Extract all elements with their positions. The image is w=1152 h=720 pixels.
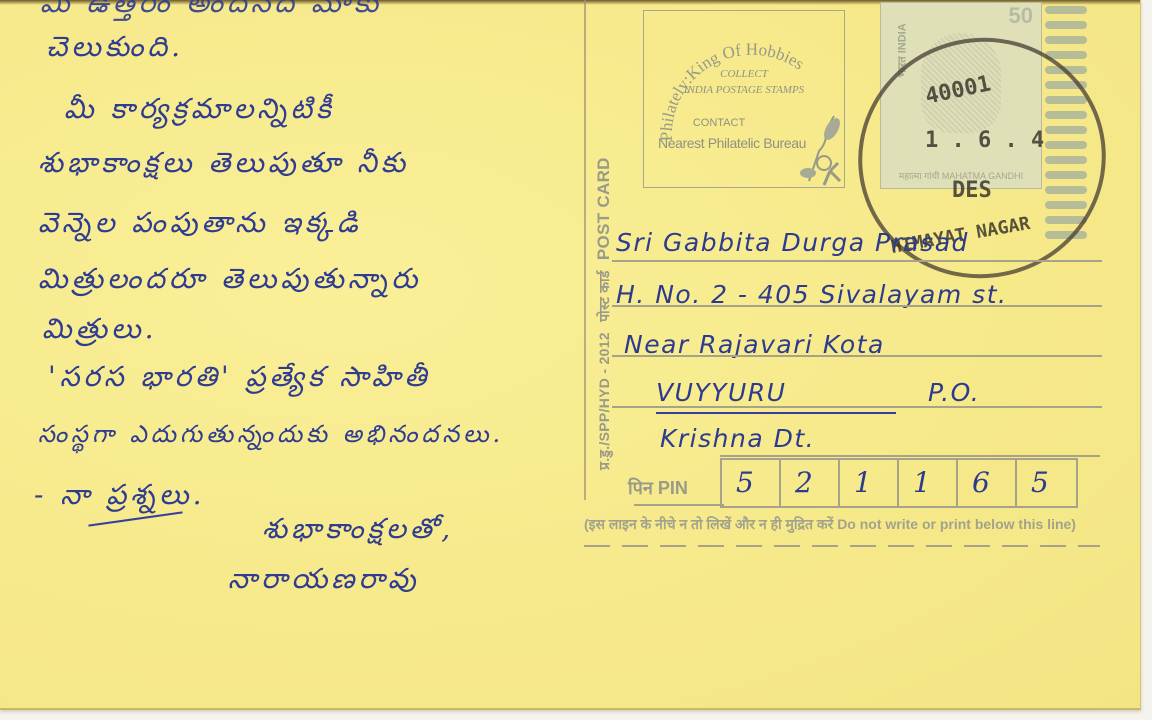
message-closing: శుభాకాంక్షలతో, [262,512,454,552]
do-not-write-note: (इस लाइन के नीचे न तो लिखें और न ही मुद्… [584,515,1076,534]
pin-rule [634,504,724,506]
message-line: మిత్రులందరూ తెలుపుతున్నారు [38,262,422,302]
message-line: మీ కార్యక్రమాలన్నిటికీ [64,92,335,132]
address-po: P.O. [928,378,980,407]
town-underline [656,412,896,414]
postcard-side-print: प्र.डु./SPP/HYD - 2012 पोस्ट कार्ड POST … [594,157,614,470]
collect-line: INDIA POSTAGE STAMPS [644,82,844,98]
pin-boxes: 5 2 1 1 6 5 [720,458,1078,508]
pin-label: पिन PIN [628,476,688,500]
message-line: శుభాకాంక్షలు తెలుపుతూ నీకు [38,146,409,186]
address-line-5: Krishna Dt. [660,424,815,453]
pin-digit: 5 [722,460,781,506]
vertical-divider [584,0,586,500]
message-line: మీ ఉత్తరం అందినది మాకు [40,0,382,26]
address-rule [612,305,1102,307]
address-rule [612,260,1102,262]
stamp-value: 50 [1009,3,1033,29]
postcard: మీ ఉత్తరం అందినది మాకు చెలుకుంది. మీ కార… [0,0,1141,710]
pin-digit: 6 [958,460,1017,506]
address-town: VUYYURU [656,378,786,407]
message-signature: నారాయణరావు [228,562,420,602]
print-code: प्र.डु./SPP/HYD - 2012 [596,332,612,470]
message-line: మిత్రులు. [42,312,158,352]
dashed-line [584,545,1100,547]
flower-icon [794,111,844,187]
pin-digit: 1 [840,460,899,506]
postmark-dept: DES [952,178,992,203]
message-line: చెలుకుంది. [46,30,184,70]
address-rule [720,455,1100,457]
postmark-date: 1 . 6 . 4 [925,128,1044,153]
address-rule [612,355,1102,357]
address-line-1: Sri Gabbita Durga Prasad [616,228,969,257]
pin-digit: 5 [1017,460,1076,506]
philately-collect: COLLECT INDIA POSTAGE STAMPS [644,66,844,98]
message-line: వెన్నెల పంపుతాను ఇక్కడి [38,206,362,246]
message-line: 'సరస భారతి' ప్రత్యేక సాహితీ [48,360,430,400]
philately-contact: CONTACT [644,117,794,129]
collect-line: COLLECT [644,66,844,82]
pin-digit: 2 [781,460,840,506]
philately-promo-box: Philately:King Of Hobbies COLLECT INDIA … [643,10,845,188]
postcard-label-hindi: पोस्ट कार्ड [596,270,612,322]
philately-bureau: Nearest Philatelic Bureau [658,135,806,151]
pin-digit: 1 [899,460,958,506]
address-rule [612,406,1102,408]
postcard-label: POST CARD [594,157,613,260]
message-line: సంస్థగా ఎదుగుతున్నందుకు అభినందనలు. [38,420,504,454]
